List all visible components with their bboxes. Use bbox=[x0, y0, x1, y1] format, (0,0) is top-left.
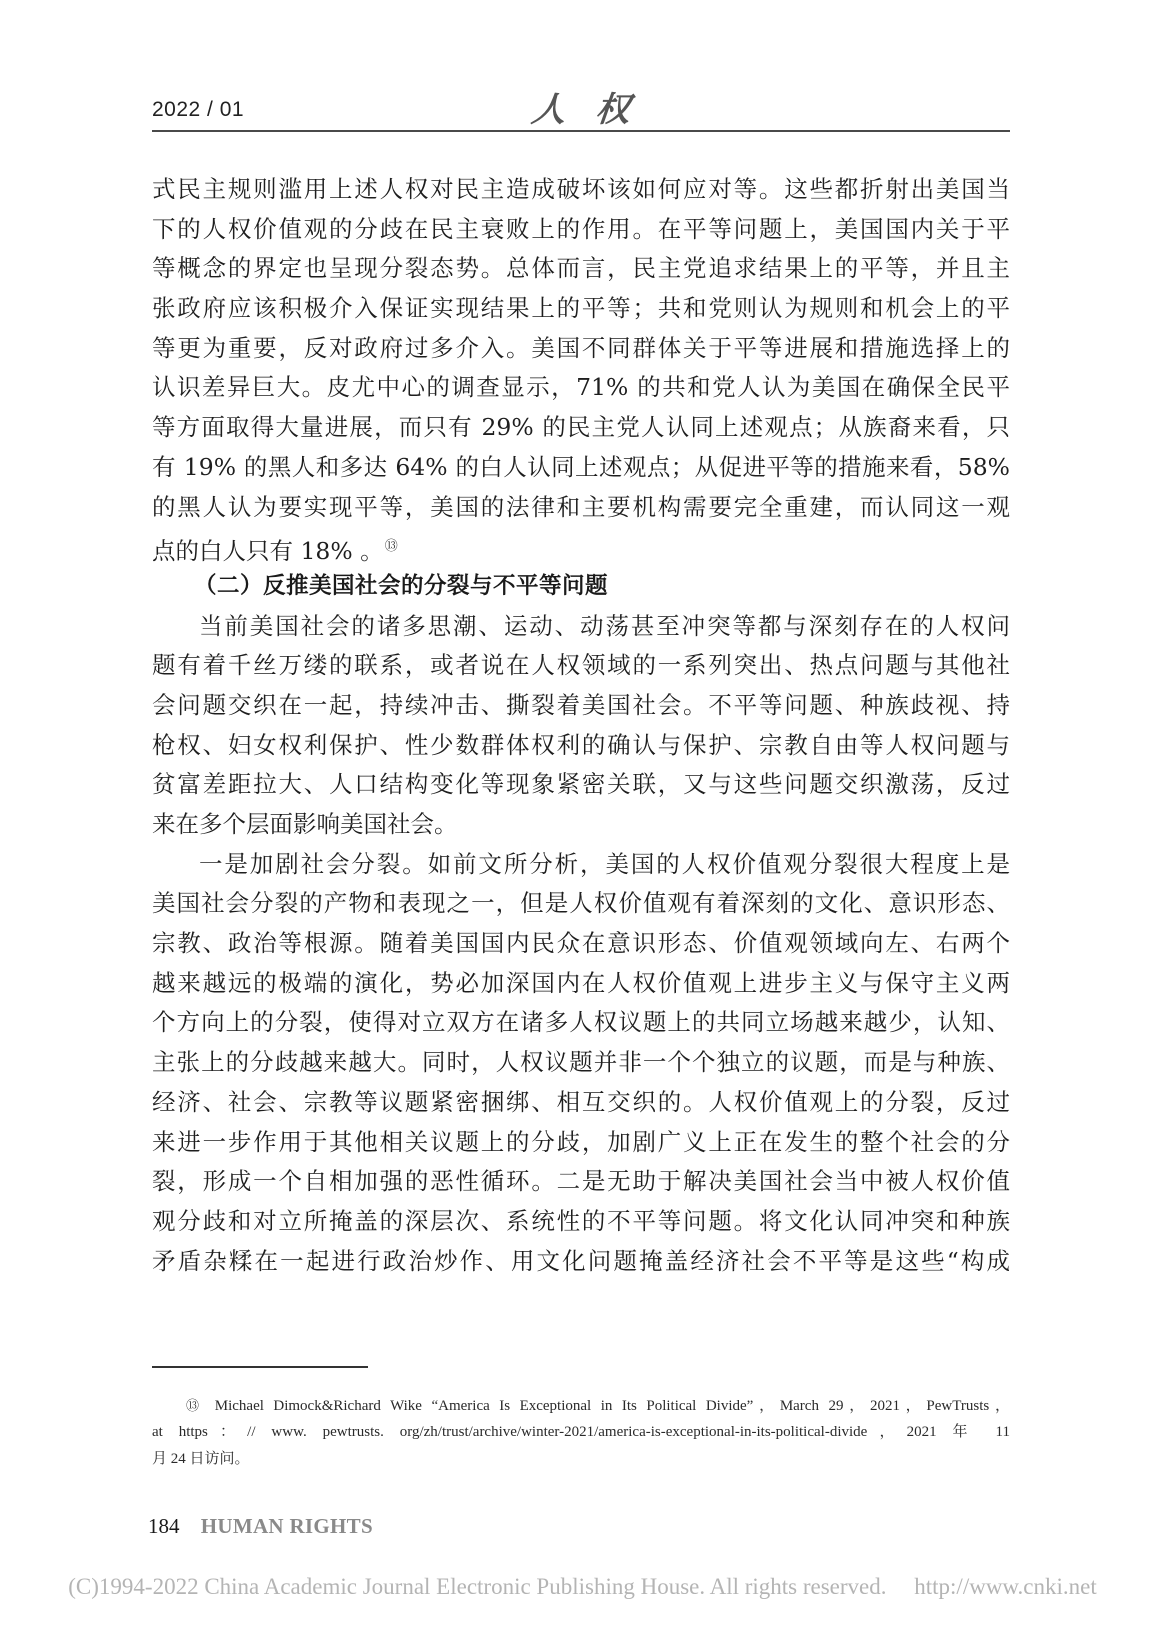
journal-title: 人权 bbox=[529, 82, 662, 131]
text-line: 宗教、政治等根源。随着美国国内民众在意识形态、价值观领域向左、右两个 bbox=[152, 924, 1010, 964]
footnotes: ⑬Michael Dimock&Richard Wike “America Is… bbox=[152, 1392, 1010, 1473]
footnote-separator bbox=[152, 1366, 368, 1368]
text-line: 矛盾杂糅在一起进行政治炒作、用文化问题掩盖经济社会不平等是这些“构成 bbox=[152, 1242, 1010, 1282]
text-line: 式民主规则滥用上述人权对民主造成破坏该如何应对等。这些都折射出美国当 bbox=[152, 170, 1010, 210]
text-line-content: 点的白人只有 18% 。 bbox=[152, 537, 384, 565]
document-page: 2022 / 01 人权 式民主规则滥用上述人权对民主造成破坏该如何应对等。这些… bbox=[0, 0, 1165, 1638]
text-line: 有 19% 的黑人和多达 64% 的白人认同上述观点；从促进平等的措施来看，58… bbox=[152, 448, 1010, 488]
cnki-link[interactable]: http://www.cnki.net bbox=[914, 1574, 1096, 1599]
paragraph-2: 当前美国社会的诸多思潮、运动、动荡甚至冲突等都与深刻存在的人权问 题有着千丝万缕… bbox=[152, 607, 1010, 845]
footnote-mark: ⑬ bbox=[186, 1398, 205, 1413]
text-line: 枪权、妇女权利保护、性少数群体权利的确认与保护、宗教自由等人权问题与 bbox=[152, 726, 1010, 766]
article-body: 式民主规则滥用上述人权对民主造成破坏该如何应对等。这些都折射出美国当 下的人权价… bbox=[152, 170, 1010, 1281]
footnote-reference[interactable]: ⑬ bbox=[385, 539, 398, 554]
text-line: 下的人权价值观的分歧在民主衰败上的作用。在平等问题上，美国国内关于平 bbox=[152, 210, 1010, 250]
page-number: 184 bbox=[148, 1514, 180, 1538]
text-line: 美国社会分裂的产物和表现之一，但是人权价值观有着深刻的文化、意识形态、 bbox=[152, 884, 1010, 924]
journal-name: HUMAN RIGHTS bbox=[201, 1514, 373, 1538]
paragraph-1: 式民主规则滥用上述人权对民主造成破坏该如何应对等。这些都折射出美国当 下的人权价… bbox=[152, 170, 1010, 567]
header-rule bbox=[152, 130, 1010, 132]
text-line: 会问题交织在一起，持续冲击、撕裂着美国社会。不平等问题、种族歧视、持 bbox=[152, 686, 1010, 726]
text-line: 来进一步作用于其他相关议题上的分歧，加剧广义上正在发生的整个社会的分 bbox=[152, 1123, 1010, 1163]
text-line: 等概念的界定也呈现分裂态势。总体而言，民主党追求结果上的平等，并且主 bbox=[152, 249, 1010, 289]
text-line: 观分歧和对立所掩盖的深层次、系统性的不平等问题。将文化认同冲突和种族 bbox=[152, 1202, 1010, 1242]
paragraph-3: 一是加剧社会分裂。如前文所分析，美国的人权价值观分裂很大程度上是 美国社会分裂的… bbox=[152, 845, 1010, 1282]
text-line: 一是加剧社会分裂。如前文所分析，美国的人权价值观分裂很大程度上是 bbox=[152, 845, 1010, 885]
text-line: 张政府应该积极介入保证实现结果上的平等；共和党则认为规则和机会上的平 bbox=[152, 289, 1010, 329]
text-line: 的黑人认为要实现平等，美国的法律和主要机构需要完全重建，而认同这一观 bbox=[152, 488, 1010, 528]
text-line: 点的白人只有 18% 。⑬ bbox=[152, 527, 1010, 567]
text-line: 当前美国社会的诸多思潮、运动、动荡甚至冲突等都与深刻存在的人权问 bbox=[152, 607, 1010, 647]
page-footer: 184 HUMAN RIGHTS bbox=[148, 1514, 373, 1539]
running-header: 2022 / 01 人权 bbox=[152, 88, 1010, 132]
copyright-notice: (C)1994-2022 China Academic Journal Elec… bbox=[0, 1574, 1165, 1600]
text-line: 主张上的分歧越来越大。同时，人权议题并非一个个独立的议题，而是与种族、 bbox=[152, 1043, 1010, 1083]
text-line: 个方向上的分裂，使得对立双方在诸多人权议题上的共同立场越来越少，认知、 bbox=[152, 1003, 1010, 1043]
text-line: 越来越远的极端的演化，势必加深国内在人权价值观上进步主义与保守主义两 bbox=[152, 964, 1010, 1004]
issue-number: 2022 / 01 bbox=[152, 98, 244, 122]
footnote-text: Michael Dimock&Richard Wike “America Is … bbox=[215, 1398, 1010, 1414]
text-line: 认识差异巨大。皮尤中心的调查显示，71% 的共和党人认为美国在确保全民平 bbox=[152, 368, 1010, 408]
section-heading: （二）反推美国社会的分裂与不平等问题 bbox=[152, 567, 1010, 607]
footnote-line[interactable]: at https：// www. pewtrusts. org/zh/trust… bbox=[152, 1419, 1010, 1446]
text-line: 等更为重要，反对政府过多介入。美国不同群体关于平等进展和措施选择上的 bbox=[152, 329, 1010, 369]
footnote-line: 月 24 日访问。 bbox=[152, 1446, 1010, 1473]
footnote-line: ⑬Michael Dimock&Richard Wike “America Is… bbox=[152, 1392, 1010, 1419]
text-line: 来在多个层面影响美国社会。 bbox=[152, 805, 1010, 845]
text-line: 等方面取得大量进展，而只有 29% 的民主党人认同上述观点；从族裔来看，只 bbox=[152, 408, 1010, 448]
text-line: 经济、社会、宗教等议题紧密捆绑、相互交织的。人权价值观上的分裂，反过 bbox=[152, 1083, 1010, 1123]
copyright-text: (C)1994-2022 China Academic Journal Elec… bbox=[68, 1574, 886, 1599]
text-line: 题有着千丝万缕的联系，或者说在人权领域的一系列突出、热点问题与其他社 bbox=[152, 646, 1010, 686]
text-line: 裂，形成一个自相加强的恶性循环。二是无助于解决美国社会当中被人权价值 bbox=[152, 1162, 1010, 1202]
text-line: 贫富差距拉大、人口结构变化等现象紧密关联，又与这些问题交织激荡，反过 bbox=[152, 765, 1010, 805]
